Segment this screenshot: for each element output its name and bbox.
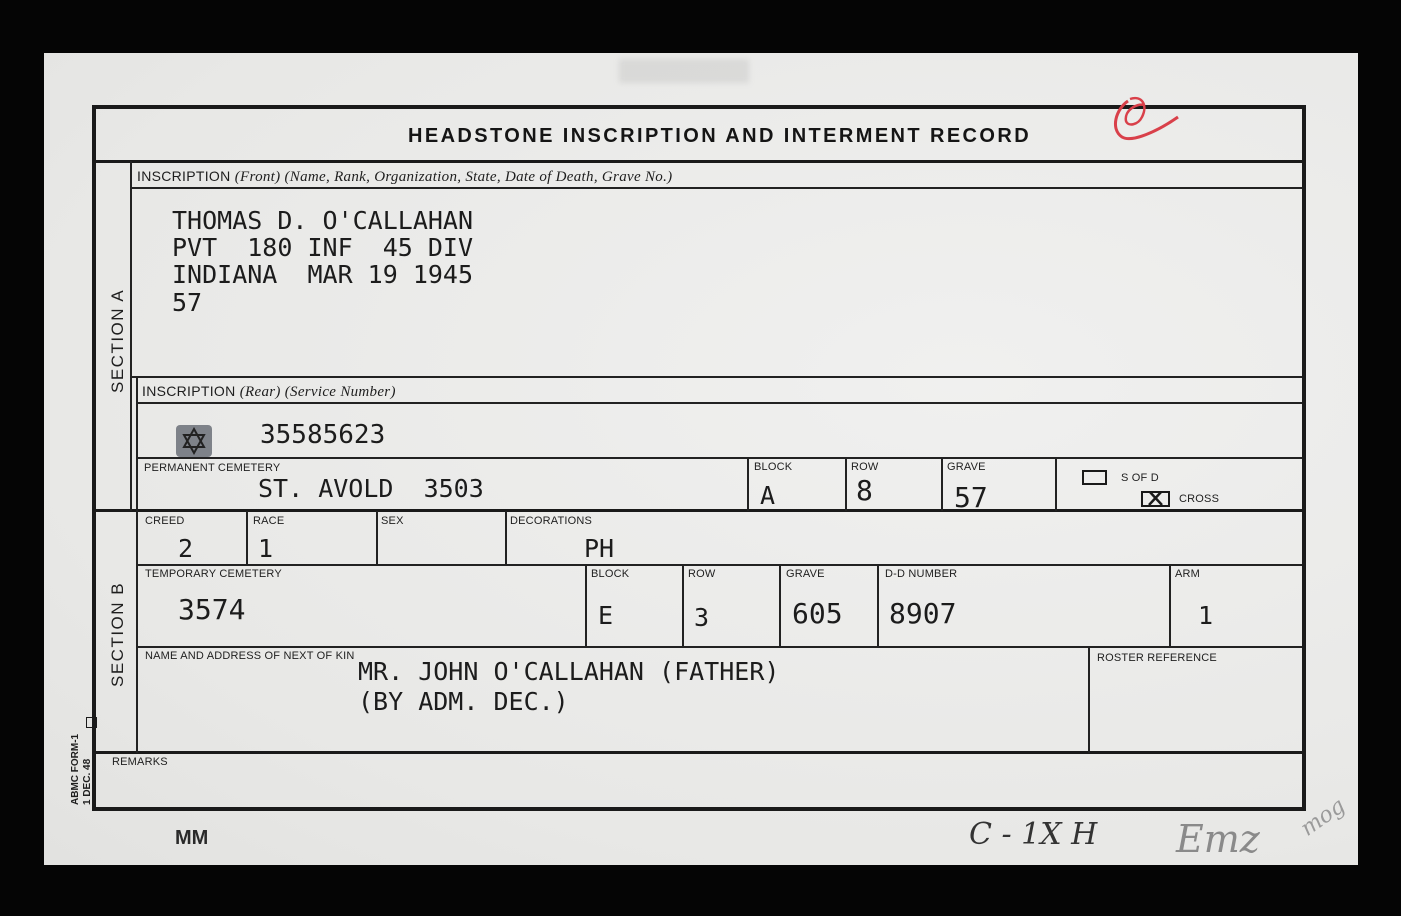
s-of-d-label: S OF D bbox=[1121, 472, 1159, 484]
remarks-label: REMARKS bbox=[112, 756, 168, 768]
cell-border bbox=[376, 511, 378, 565]
race-value: 1 bbox=[258, 534, 273, 563]
sex-label: SEX bbox=[381, 515, 404, 527]
temp-grave-label: GRAVE bbox=[786, 568, 825, 580]
divider bbox=[136, 402, 1302, 404]
remarks-divider bbox=[96, 751, 1302, 754]
inscription-front-line-4: 57 bbox=[172, 288, 202, 317]
inscription-front-line-2: PVT 180 INF 45 DIV bbox=[172, 233, 473, 262]
label-italic: (Rear) (Service Number) bbox=[240, 384, 396, 400]
s-of-d-checkbox[interactable] bbox=[1082, 470, 1107, 485]
cell-border bbox=[1169, 565, 1171, 647]
label-italic: (Front) (Name, Rank, Organization, State… bbox=[235, 169, 673, 185]
inscription-front-line-1: THOMAS D. O'CALLAHAN bbox=[172, 206, 473, 235]
temp-row-label: ROW bbox=[688, 568, 715, 580]
grave-value: 57 bbox=[954, 483, 988, 512]
row-value: 8 bbox=[856, 476, 873, 505]
dd-number-label: D-D NUMBER bbox=[885, 568, 957, 580]
arm-value: 1 bbox=[1198, 601, 1213, 630]
next-of-kin-line-2: (BY ADM. DEC.) bbox=[358, 687, 569, 716]
dd-number-value: 8907 bbox=[889, 599, 956, 628]
handwritten-code: C - 1X H bbox=[969, 817, 1097, 852]
cell-border bbox=[779, 565, 781, 647]
form-id-text: ABMC FORM-1 bbox=[70, 734, 82, 805]
cell-border bbox=[877, 565, 879, 647]
divider bbox=[136, 457, 1302, 459]
section-a-column-border bbox=[130, 161, 132, 511]
red-check-mark-icon bbox=[1108, 91, 1188, 149]
inner-border bbox=[136, 376, 138, 511]
temporary-cemetery-value: 3574 bbox=[178, 595, 245, 624]
race-label: RACE bbox=[253, 515, 284, 527]
cell-border bbox=[246, 511, 248, 565]
row-label: ROW bbox=[851, 461, 878, 473]
divider bbox=[130, 376, 1302, 378]
label-text: INSCRIPTION bbox=[142, 383, 236, 399]
divider bbox=[136, 646, 1302, 648]
form-date-text: 1 DEC. 48 bbox=[82, 734, 94, 805]
inscription-front-line-3: INDIANA MAR 19 1945 bbox=[172, 260, 473, 289]
faded-stamp bbox=[619, 59, 749, 83]
temp-block-label: BLOCK bbox=[591, 568, 629, 580]
temporary-cemetery-label: TEMPORARY CEMETERY bbox=[145, 568, 282, 580]
section-b-column-border bbox=[136, 511, 138, 753]
record-card: HEADSTONE INSCRIPTION AND INTERMENT RECO… bbox=[44, 53, 1358, 865]
permanent-cemetery-value: ST. AVOLD 3503 bbox=[258, 474, 484, 503]
cell-border bbox=[1055, 458, 1057, 511]
next-of-kin-label: NAME AND ADDRESS OF NEXT OF KIN bbox=[145, 650, 355, 662]
cell-border bbox=[747, 458, 749, 511]
decorations-value: PH bbox=[584, 534, 614, 563]
handwritten-initials: Emz bbox=[1176, 817, 1260, 861]
mm-stamp: MM bbox=[175, 827, 208, 850]
cell-border bbox=[682, 565, 684, 647]
inscription-front-label: INSCRIPTION (Front) (Name, Rank, Organiz… bbox=[137, 168, 672, 186]
grave-label: GRAVE bbox=[947, 461, 986, 473]
x-mark-icon bbox=[1143, 491, 1168, 505]
roster-reference-label: ROSTER REFERENCE bbox=[1097, 652, 1217, 664]
decorations-label: DECORATIONS bbox=[510, 515, 592, 527]
cross-label: CROSS bbox=[1179, 493, 1219, 505]
cell-border bbox=[845, 458, 847, 511]
cell-border bbox=[1088, 647, 1090, 753]
creed-label: CREED bbox=[145, 515, 185, 527]
cell-border bbox=[941, 458, 943, 511]
inscription-rear-label: INSCRIPTION (Rear) (Service Number) bbox=[142, 383, 396, 401]
section-a-label: SECTION A bbox=[108, 289, 128, 393]
temp-block-value: E bbox=[598, 601, 613, 630]
temp-grave-value: 605 bbox=[792, 599, 843, 628]
divider bbox=[136, 564, 1302, 566]
divider bbox=[130, 187, 1302, 189]
cell-border bbox=[505, 511, 507, 565]
next-of-kin-line-1: MR. JOHN O'CALLAHAN (FATHER) bbox=[358, 657, 779, 686]
block-value: A bbox=[760, 481, 775, 510]
section-divider bbox=[96, 509, 1302, 512]
form-title: HEADSTONE INSCRIPTION AND INTERMENT RECO… bbox=[408, 125, 1031, 148]
form-checkbox[interactable] bbox=[86, 717, 97, 728]
form-id: ABMC FORM-1 1 DEC. 48 bbox=[70, 734, 94, 805]
block-label: BLOCK bbox=[754, 461, 792, 473]
service-number: 35585623 bbox=[260, 421, 385, 450]
star-of-david-emblem-icon bbox=[174, 421, 214, 461]
cell-border bbox=[585, 565, 587, 647]
label-text: INSCRIPTION bbox=[137, 168, 231, 184]
cross-checkbox-checked[interactable] bbox=[1141, 491, 1170, 507]
permanent-cemetery-label: PERMANENT CEMETERY bbox=[144, 462, 280, 474]
title-divider bbox=[96, 160, 1302, 163]
creed-value: 2 bbox=[178, 534, 193, 563]
section-b-label: SECTION B bbox=[108, 582, 128, 687]
arm-label: ARM bbox=[1175, 568, 1200, 580]
temp-row-value: 3 bbox=[694, 603, 709, 632]
